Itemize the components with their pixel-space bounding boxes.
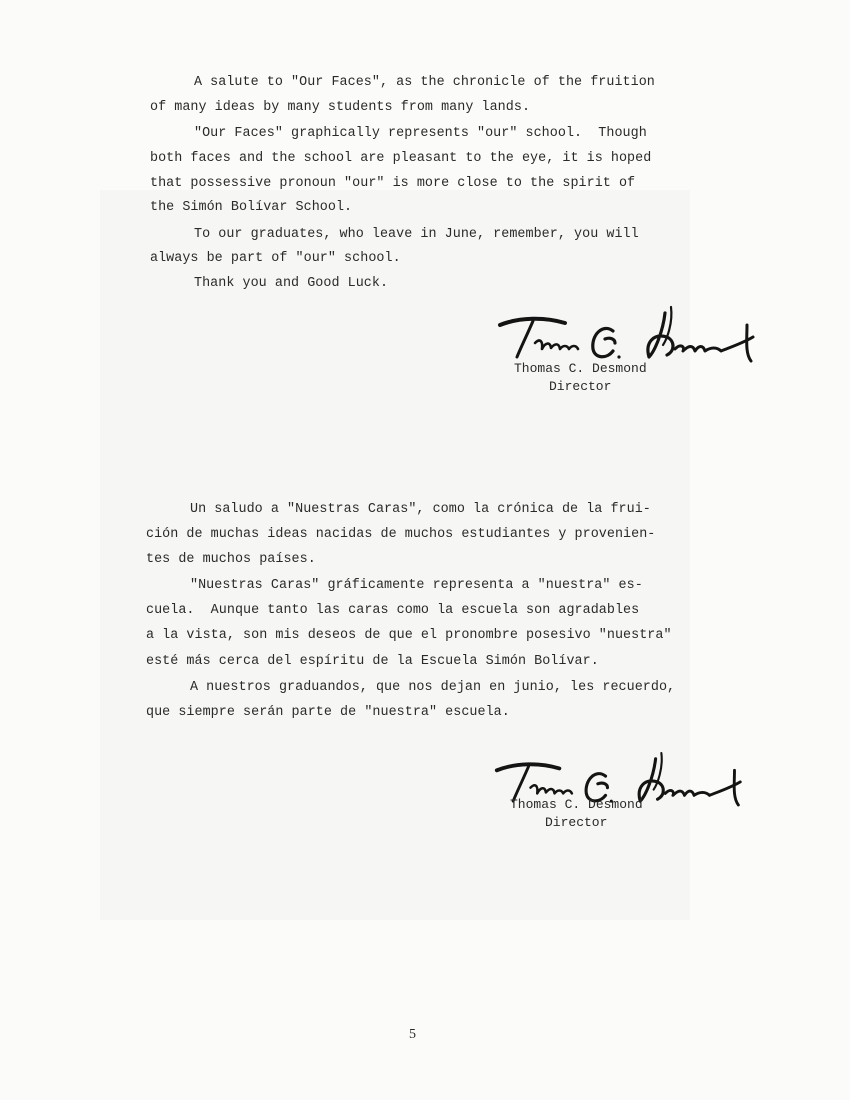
page-number: 5 <box>409 1027 416 1043</box>
signatory-name: Thomas C. Desmond <box>514 361 647 376</box>
text-line: tes de muchos países. <box>146 552 316 568</box>
text-line: ción de muchas ideas nacidas de muchos e… <box>146 527 655 543</box>
signatory-title: Director <box>549 379 611 394</box>
signatory-name: Thomas C. Desmond <box>510 797 643 812</box>
text-line: A salute to "Our Faces", as the chronicl… <box>194 75 655 91</box>
text-line: a la vista, son mis deseos de que el pro… <box>146 628 672 644</box>
text-line: of many ideas by many students from many… <box>150 100 530 116</box>
text-line: always be part of "our" school. <box>150 251 401 267</box>
text-line: "Our Faces" graphically represents "our"… <box>194 126 647 142</box>
text-line: Un saludo a "Nuestras Caras", como la cr… <box>190 502 651 518</box>
handwritten-signature-icon <box>495 303 760 365</box>
text-line: "Nuestras Caras" gráficamente representa… <box>190 578 643 594</box>
text-line: both faces and the school are pleasant t… <box>150 151 651 167</box>
text-line: the Simón Bolívar School. <box>150 200 352 216</box>
text-line: Thank you and Good Luck. <box>194 276 388 292</box>
text-line: que siempre serán parte de "nuestra" esc… <box>146 705 510 721</box>
text-line: cuela. Aunque tanto las caras como la es… <box>146 603 639 619</box>
text-line: that possessive pronoun "our" is more cl… <box>150 176 635 192</box>
signatory-title: Director <box>545 815 607 830</box>
text-line: To our graduates, who leave in June, rem… <box>194 227 639 243</box>
text-line: esté más cerca del espíritu de la Escuel… <box>146 654 599 670</box>
text-line: A nuestros graduandos, que nos dejan en … <box>190 680 675 696</box>
